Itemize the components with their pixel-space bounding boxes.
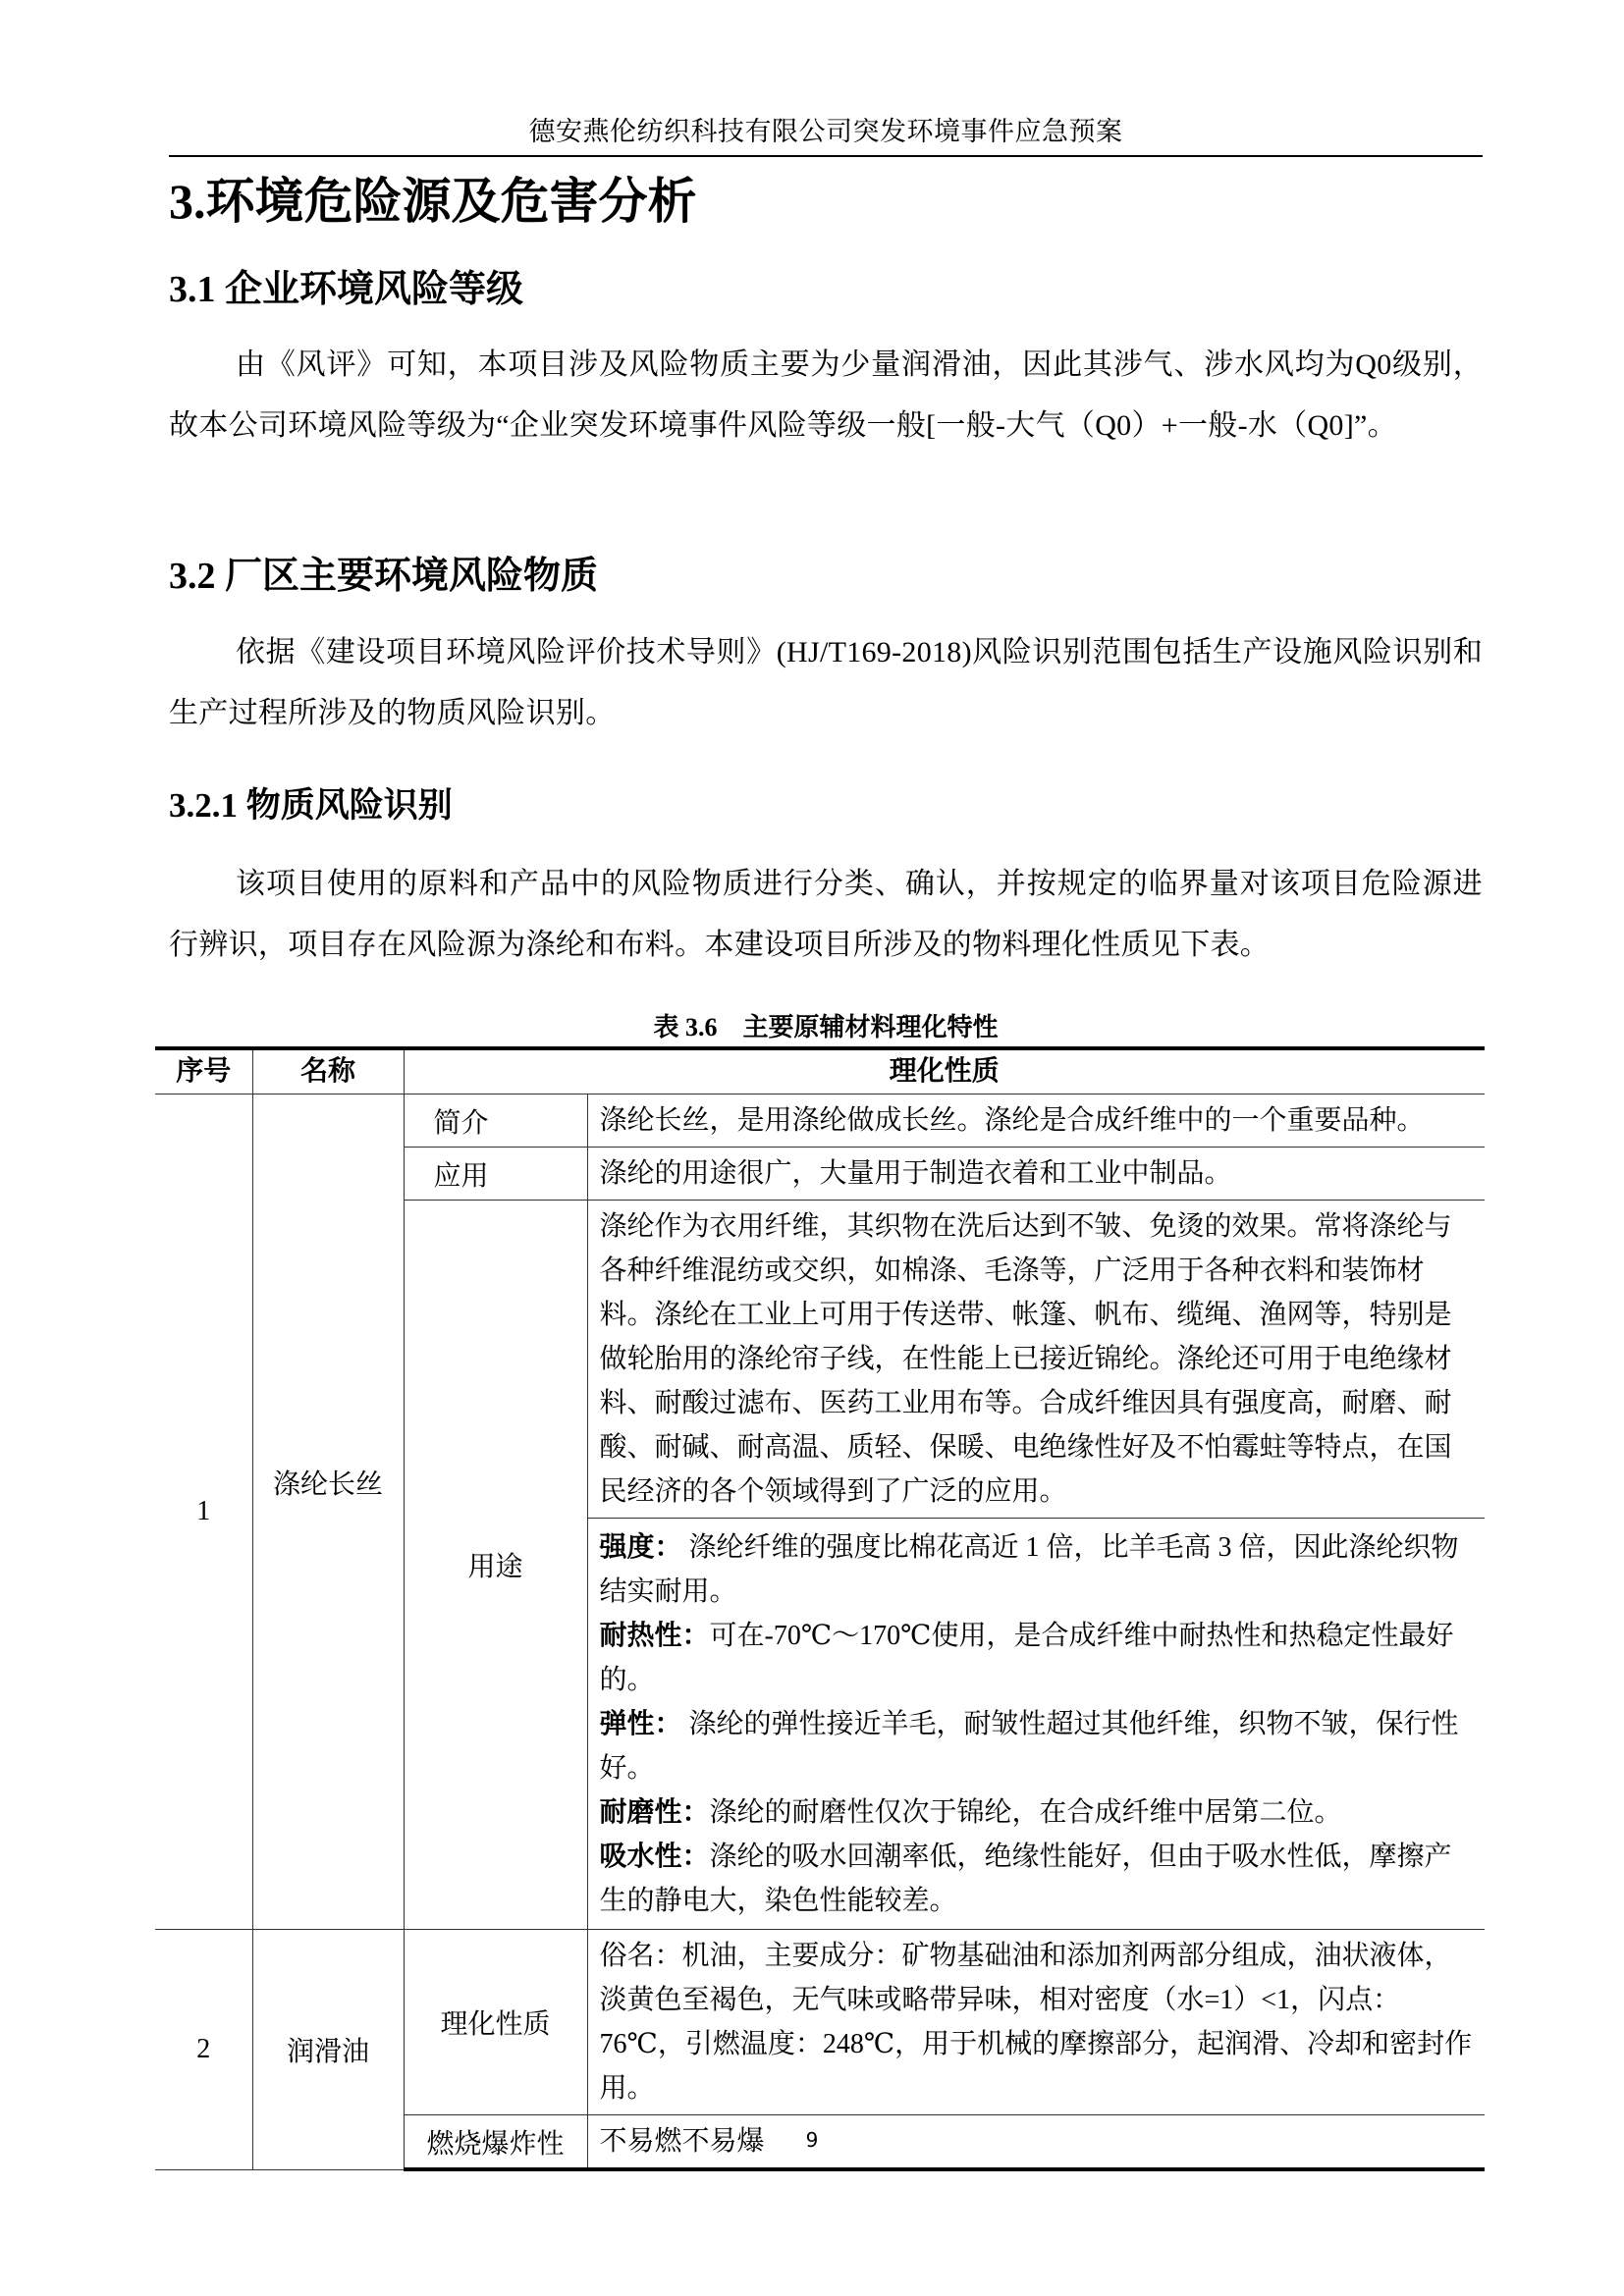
subsection-3-2-paragraph: 依据《建设项目环境风险评价技术导则》(HJ/T169-2018)风险识别范围包括… (169, 622, 1483, 744)
attribute-label: 理化性质 (404, 1930, 587, 2115)
table-header-row: 序号 名称 理化性质 (155, 1048, 1485, 1095)
attribute-value: 涤纶的用途很广，大量用于制造衣着和工业中制品。 (587, 1148, 1485, 1201)
section-title: 3.环境危险源及危害分析 (169, 169, 697, 234)
attribute-value: 俗名：机油，主要成分：矿物基础油和添加剂两部分组成，油状液体，淡黄色至褐色，无气… (587, 1930, 1485, 2115)
attribute-value: 涤纶作为衣用纤维，其织物在洗后达到不皱、免烫的效果。常将涤纶与各种纤维混纺或交织… (587, 1201, 1485, 1519)
property-strength: 强度： 涤纶纤维的强度比棉花高近 1 倍，比羊毛高 3 倍，因此涤纶织物结实耐用… (600, 1525, 1478, 1614)
table-row: 1 涤纶长丝 简介 涤纶长丝，是用涤纶做成长丝。涤纶是合成纤维中的一个重要品种。 (155, 1095, 1485, 1148)
header-rule (169, 155, 1483, 157)
table-row: 2 润滑油 理化性质 俗名：机油，主要成分：矿物基础油和添加剂两部分组成，油状液… (155, 1930, 1485, 2115)
subsection-3-2-1-paragraph: 该项目使用的原料和产品中的风险物质进行分类、确认，并按规定的临界量对该项目危险源… (169, 854, 1483, 976)
property-elasticity: 弹性： 涤纶的弹性接近羊毛，耐皱性超过其他纤维，织物不皱，保行性好。 (600, 1702, 1478, 1790)
column-header-properties: 理化性质 (404, 1048, 1485, 1095)
document-page: 德安燕伦纺织科技有限公司突发环境事件应急预案 3.环境危险源及危害分析 3.1 … (0, 0, 1624, 2296)
attribute-label: 应用 (404, 1148, 587, 1201)
attribute-label: 用途 (404, 1201, 587, 1930)
table-caption-number: 表 3.6 (653, 1013, 717, 1041)
row-material-name: 涤纶长丝 (252, 1095, 404, 1930)
material-name-text: 涤纶长丝 (273, 1469, 383, 1500)
attribute-value: 涤纶长丝，是用涤纶做成长丝。涤纶是合成纤维中的一个重要品种。 (587, 1095, 1485, 1148)
subsection-3-2-title: 3.2 厂区主要环境风险物质 (169, 552, 598, 601)
table-caption: 表 3.6主要原辅材料理化特性 (169, 1011, 1483, 1044)
running-header: 德安燕伦纺织科技有限公司突发环境事件应急预案 (169, 116, 1483, 147)
table-caption-title: 主要原辅材料理化特性 (743, 1013, 999, 1041)
column-header-number: 序号 (155, 1048, 252, 1095)
property-heat-resistance: 耐热性：可在-70℃～170℃使用，是合成纤维中耐热性和热稳定性最好的。 (600, 1614, 1478, 1702)
subsection-3-2-1-title: 3.2.1 物质风险识别 (169, 782, 453, 829)
attribute-label: 简介 (404, 1095, 587, 1148)
materials-properties-table: 序号 名称 理化性质 1 涤纶长丝 简介 涤纶长丝，是用涤纶做成长丝。涤纶是合成… (155, 1046, 1485, 2171)
column-header-name: 名称 (252, 1048, 404, 1095)
subsection-3-1-paragraph: 由《风评》可知，本项目涉及风险物质主要为少量润滑油，因此其涉气、涉水风均为Q0级… (169, 335, 1483, 456)
property-water-absorption: 吸水性：涤纶的吸水回潮率低，绝缘性能好，但由于吸水性低，摩擦产生的静电大，染色性… (600, 1835, 1478, 1923)
property-abrasion-resistance: 耐磨性：涤纶的耐磨性仅次于锦纶，在合成纤维中居第二位。 (600, 1790, 1478, 1835)
subsection-3-1-title: 3.1 企业环境风险等级 (169, 265, 523, 314)
attribute-properties-list: 强度： 涤纶纤维的强度比棉花高近 1 倍，比羊毛高 3 倍，因此涤纶织物结实耐用… (587, 1519, 1485, 1930)
row-number: 1 (155, 1095, 252, 1930)
page-number: 9 (0, 2128, 1624, 2152)
